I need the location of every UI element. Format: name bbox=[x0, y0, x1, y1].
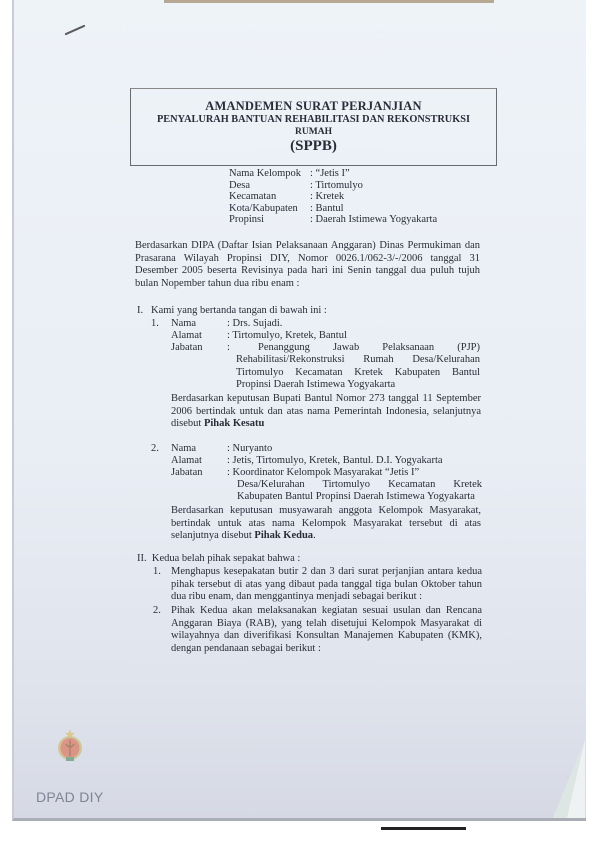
basis-text: Berdasarkan keputusan musyawarah anggota… bbox=[171, 505, 481, 541]
info-value: : Bantul bbox=[310, 203, 344, 215]
party-number: 2. bbox=[151, 443, 171, 455]
info-value: : Daerah Istimewa Yogyakarta bbox=[310, 214, 437, 226]
party-designation: Pihak Kedua bbox=[254, 530, 313, 541]
info-label: Kota/Kabupaten bbox=[229, 203, 310, 215]
title-line-3: RUMAH bbox=[131, 127, 496, 137]
info-value: : Kretek bbox=[310, 191, 344, 203]
party-2-position-cont: Desa/Kelurahan Tirtomulyo Kecamatan Kret… bbox=[237, 479, 482, 503]
field-label: Alamat bbox=[171, 455, 227, 467]
party-number: 1. bbox=[151, 318, 171, 330]
party-1-position: Penanggung Jawab Pelaksanaan (PJP) Rehab… bbox=[236, 342, 480, 392]
section-1-heading: I. Kami yang bertanda tangan di bawah in… bbox=[137, 305, 477, 318]
field-label: Nama bbox=[171, 318, 227, 330]
field-value: : Drs. Sujadi. bbox=[227, 318, 282, 330]
field-value: : Nuryanto bbox=[227, 443, 272, 455]
field-label: Alamat bbox=[171, 330, 227, 342]
info-label: Desa bbox=[229, 180, 310, 192]
title-line-1: AMANDEMEN SURAT PERJANJIAN bbox=[131, 99, 496, 114]
field-label: Nama bbox=[171, 443, 227, 455]
item-number: 1. bbox=[153, 566, 169, 579]
title-box: AMANDEMEN SURAT PERJANJIAN PENYALURAH BA… bbox=[130, 88, 497, 166]
field-label: Jabatan bbox=[171, 342, 227, 354]
party-designation: Pihak Kesatu bbox=[204, 418, 264, 429]
title-line-4: (SPPB) bbox=[131, 138, 496, 155]
party-2-basis: Berdasarkan keputusan musyawarah anggota… bbox=[171, 505, 481, 543]
party-2: 2.Nama: Nuryanto Alamat: Jetis, Tirtomul… bbox=[151, 443, 443, 480]
section-2-heading: II. Kedua belah pihak sepakat bahwa : bbox=[137, 553, 477, 566]
footer-bar bbox=[381, 827, 466, 830]
info-label: Nama Kelompok bbox=[229, 168, 310, 180]
agreement-item-2: Pihak Kedua akan melaksanakan kegiatan s… bbox=[171, 605, 482, 655]
info-value: : Tirtomulyo bbox=[310, 180, 363, 192]
field-value: : Koordinator Kelompok Masyarakat “Jetis… bbox=[227, 467, 419, 479]
pen-mark bbox=[65, 25, 86, 36]
paper-edge bbox=[164, 0, 494, 3]
archive-watermark: DPAD DIY bbox=[36, 789, 104, 805]
agreement-item-1: Menghapus kesepakatan butir 2 dan 3 dari… bbox=[171, 566, 482, 604]
regional-emblem-icon bbox=[52, 728, 88, 764]
info-label: Propinsi bbox=[229, 214, 310, 226]
field-label: Jabatan bbox=[171, 467, 227, 479]
title-line-2: PENYALURAH BANTUAN REHABILITASI DAN REKO… bbox=[131, 114, 496, 125]
field-value: : Jetis, Tirtomulyo, Kretek, Bantul. D.I… bbox=[227, 455, 443, 467]
group-info: Nama Kelompok: “Jetis I” Desa: Tirtomuly… bbox=[229, 168, 437, 226]
item-number: 2. bbox=[153, 605, 169, 618]
period: . bbox=[313, 530, 316, 541]
field-colon: : bbox=[227, 342, 230, 354]
page-curl bbox=[545, 730, 585, 818]
field-value: : Tirtomulyo, Kretek, Bantul bbox=[227, 330, 347, 342]
info-label: Kecamatan bbox=[229, 191, 310, 203]
info-value: : “Jetis I” bbox=[310, 168, 350, 180]
intro-paragraph: Berdasarkan DIPA (Daftar Isian Pelaksana… bbox=[135, 240, 480, 290]
party-1-basis: Berdasarkan keputusan Bupati Bantul Nomo… bbox=[171, 393, 481, 431]
